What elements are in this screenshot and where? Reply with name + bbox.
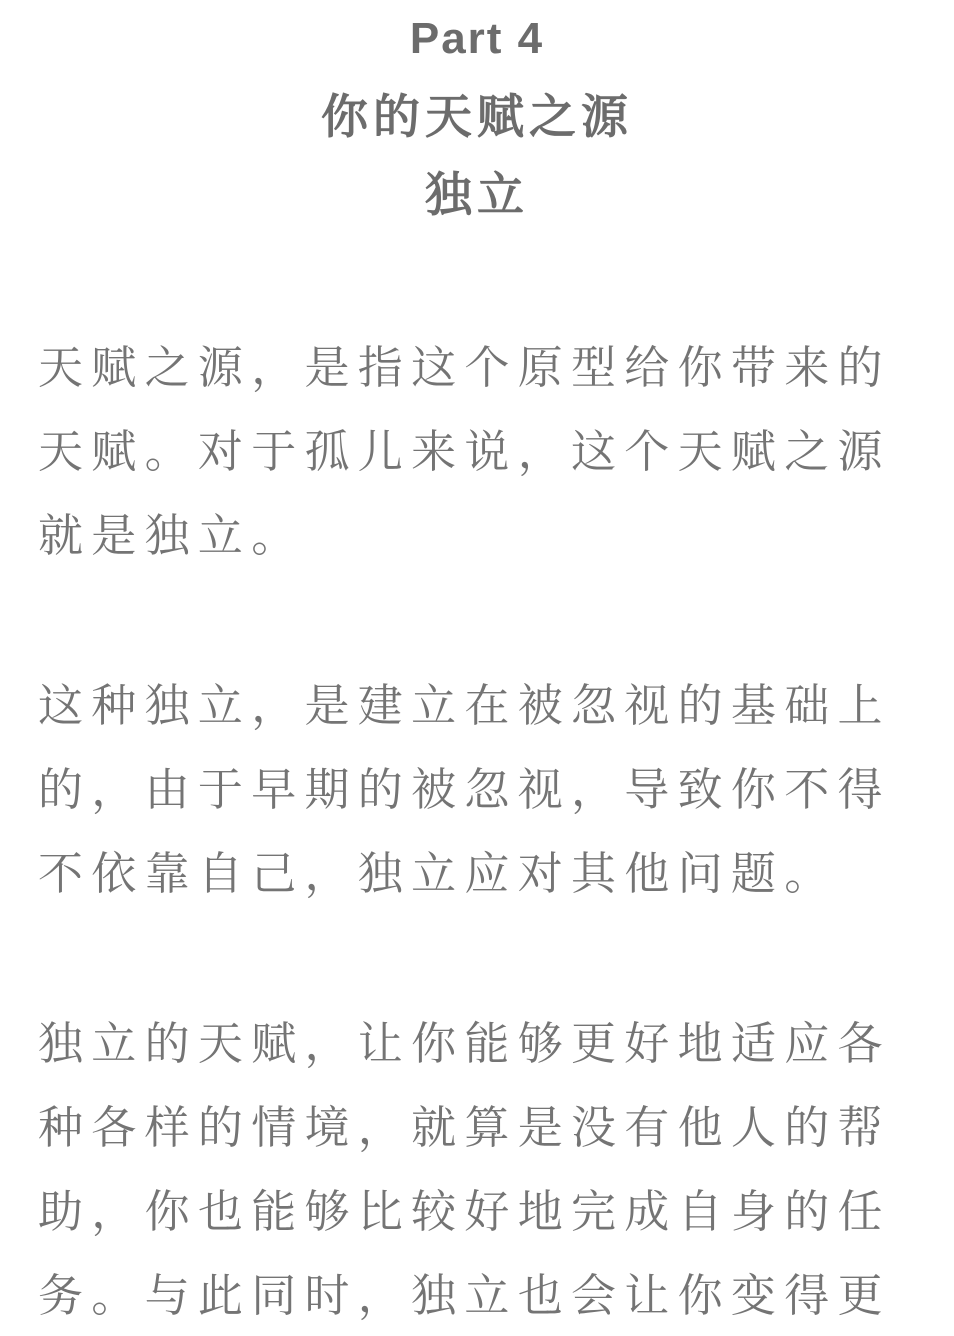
part-label: Part 4 <box>0 0 954 78</box>
article-subtitle: 独立 <box>0 156 954 234</box>
article-title: 你的天赋之源 <box>0 78 954 156</box>
paragraph: 独立的天赋，让你能够更好地适应各种各样的情境，就算是没有他人的帮助，你也能够比较… <box>38 1002 916 1336</box>
paragraph: 天赋之源，是指这个原型给你带来的天赋。对于孤儿来说，这个天赋之源就是独立。 <box>38 326 916 578</box>
paragraph: 这种独立，是建立在被忽视的基础上的，由于早期的被忽视，导致你不得不依靠自己，独立… <box>38 664 916 916</box>
article-page: Part 4 你的天赋之源 独立 天赋之源，是指这个原型给你带来的天赋。对于孤儿… <box>0 0 954 1336</box>
article-header: Part 4 你的天赋之源 独立 <box>0 0 954 234</box>
article-body: 天赋之源，是指这个原型给你带来的天赋。对于孤儿来说，这个天赋之源就是独立。 这种… <box>0 326 954 1336</box>
